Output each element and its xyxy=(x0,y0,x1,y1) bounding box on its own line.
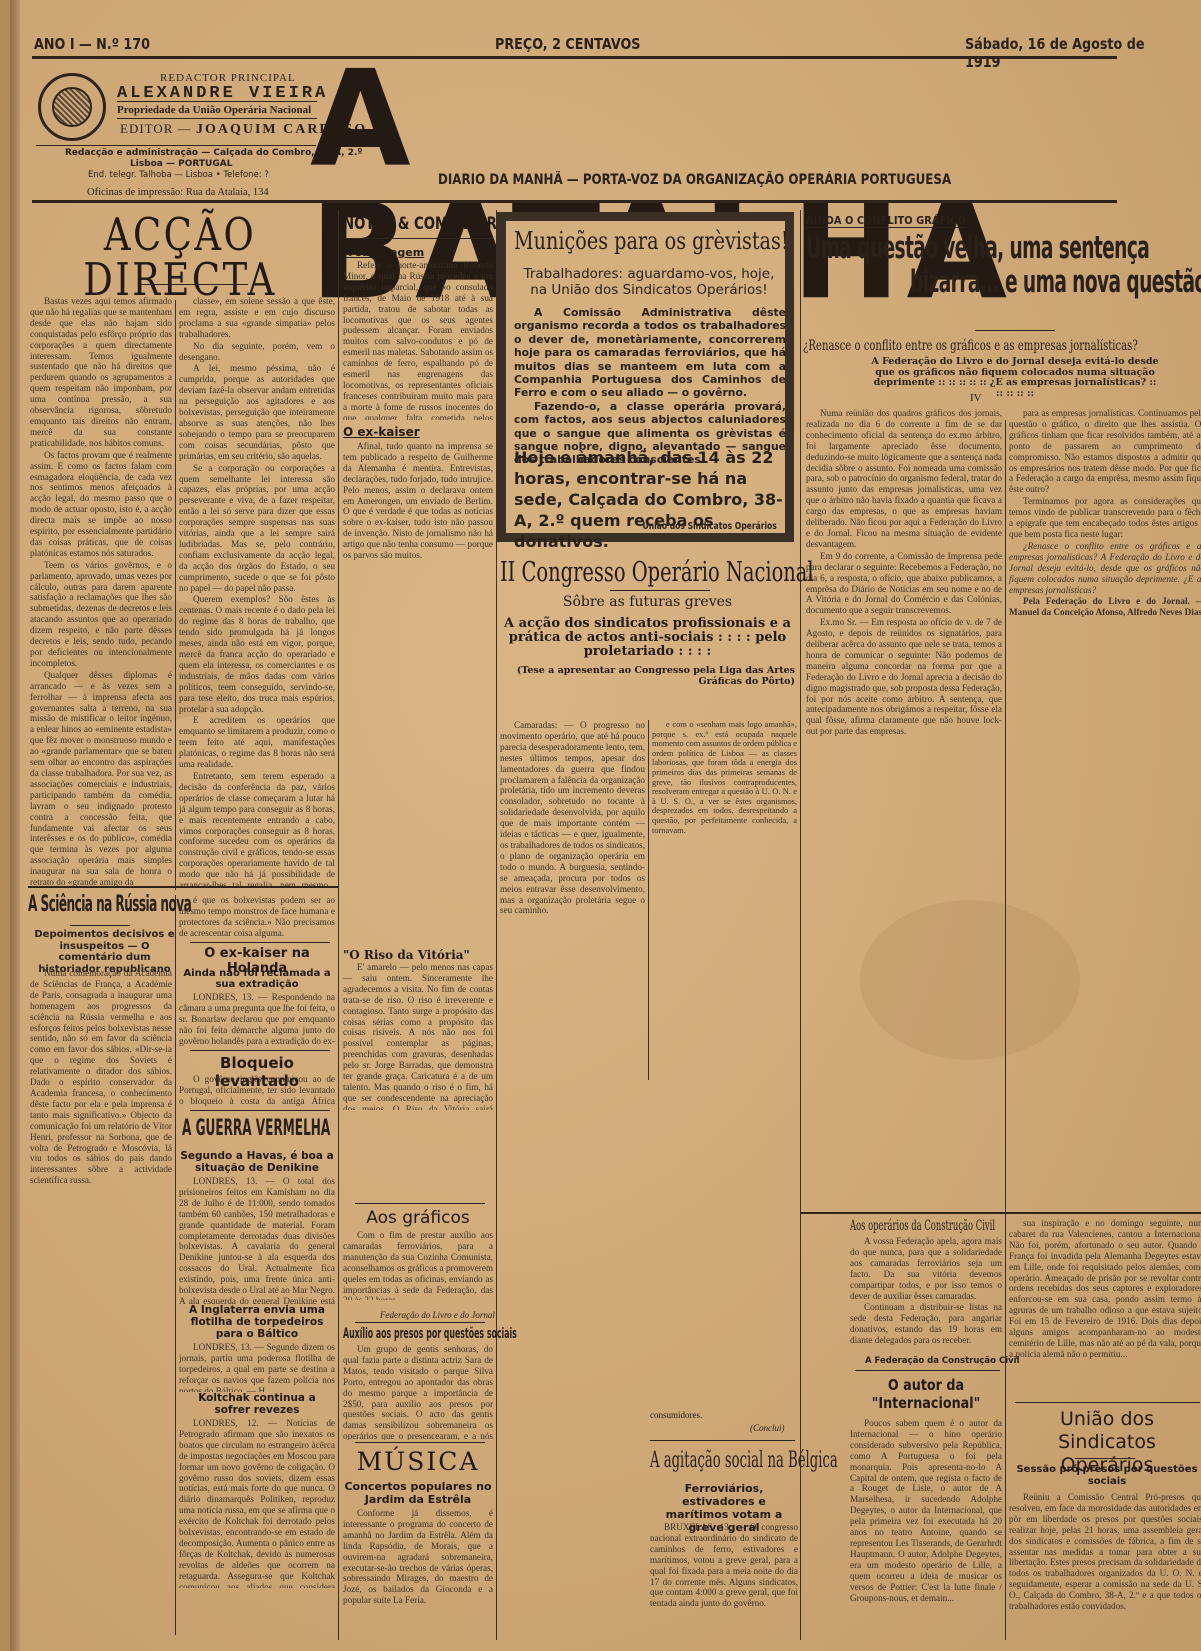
congresso-col1: Camaradas: — O progresso no movimento op… xyxy=(500,720,645,1080)
masthead-bottom-rule xyxy=(32,200,1117,203)
belgica-headline: A agitação social na Bélgica xyxy=(650,1448,838,1473)
redactor-label: REDACTOR PRINCIPAL xyxy=(160,72,296,84)
paragraph: Reüniu a Comissão Central Pró-presos que… xyxy=(1009,1492,1201,1612)
column-rule xyxy=(175,895,176,1635)
musica-body: Conforme já dissemos, é interessante o p… xyxy=(343,1508,493,1643)
sciencia-ending: é que os bolxevistas podem ser ao mesmo … xyxy=(179,895,335,945)
congresso-col2: e com o «senham mais logo amanhã», porqu… xyxy=(652,720,797,1080)
riso-vitoria-title: "O Riso da Vitória" xyxy=(343,948,470,962)
price: PREÇO, 2 CENTAVOS xyxy=(495,35,640,53)
municoes-headline: Munições para os grèvistas! xyxy=(514,227,730,255)
conflito-col2: para as empresas jornalísticas. Continua… xyxy=(1009,408,1201,1068)
paragraph: Querem exemplos? Sôo êstes às centenas. … xyxy=(179,594,335,714)
denikine-title: Segundo a Havas, é boa a situação de Den… xyxy=(179,1150,335,1174)
denikine-body: LONDRES, 13. — O total dos prisioneiros … xyxy=(179,1176,335,1304)
ornament-divider xyxy=(190,942,330,943)
column-rule xyxy=(338,210,339,1640)
paragraph: O govêrno inglês comunicou ao de Portuga… xyxy=(179,1074,335,1108)
divider xyxy=(36,145,316,146)
sciencia-body: Numa comemoração da Academia de Sciência… xyxy=(30,968,172,1643)
flotilha-body: LONDRES, 13. — Segundo dizem os jornais,… xyxy=(179,1342,335,1392)
sciencia-headline: A Sciência na Rússia nova xyxy=(28,892,191,917)
page-edge xyxy=(10,0,20,1651)
autor-internacional-headline: O autor da "Internacional" xyxy=(861,1376,990,1412)
municoes-signature: União dos Sindicatos Operários xyxy=(643,521,777,532)
paragraph: Qualquer dêsses diplomas é arrancado — e… xyxy=(30,670,172,886)
ownership-line: Propriedade da União Operária Nacional xyxy=(117,104,311,116)
municoes-body: A Comissão Administrativa dêste organism… xyxy=(514,306,786,467)
ex-kaiser-title: O ex-kaiser xyxy=(343,425,420,439)
riso-vitoria-body: E' amarelo — pelo menos nas capas — saiu… xyxy=(343,962,493,1110)
paragraph: Afinal, tudo quanto na imprensa se tem p… xyxy=(343,441,493,561)
municoes-callout: Hoje e àmanhã, das 14 às 22 horas, encon… xyxy=(514,447,786,552)
municoes-subhead: Trabalhadores: aguardamo-vos, hoje, na U… xyxy=(514,266,784,298)
paragraph: Numa comemoração da Academia de Sciência… xyxy=(30,968,172,1186)
paragraph: para as empresas jornalísticas. Continua… xyxy=(1009,408,1201,495)
paragraph: E acreditem os operários que emquanto se… xyxy=(179,715,335,770)
koltchak-body: LONDRES, 12. — Notícias de Petrogrado af… xyxy=(179,1418,335,1588)
section-rule xyxy=(28,886,338,888)
printing-address: Oficinas de impressão: Rua da Atalaia, 1… xyxy=(87,187,269,198)
flotilha-title: A Inglaterra envia uma flotilha de torpe… xyxy=(179,1304,335,1340)
address-city: Lisboa — PORTUGAL xyxy=(130,159,232,169)
uniao-sindicatos-subhead: Sessão pró-presos por questões sociais xyxy=(1009,1464,1201,1488)
ex-kaiser-holanda-body: LONDRES, 13. — Respondendo na câmara a u… xyxy=(179,992,335,1048)
sabotagem-title: A sabotagem xyxy=(343,246,424,259)
quote-paragraph: ¿Renasce o conflito entre os gráficos e … xyxy=(1009,541,1201,596)
paragraph: LONDRES, 12. — Notícias de Petrogrado af… xyxy=(179,1418,335,1588)
paragraph: Teem os vários govêrnos, e o parlamento,… xyxy=(30,560,172,669)
paragraph: Terminamos por agora as considerações qu… xyxy=(1009,496,1201,540)
newspaper-page: ANO I — N.º 170 PREÇO, 2 CENTAVOS Sábado… xyxy=(0,0,1201,1651)
paragraph: Se a corporação ou corporações a quem se… xyxy=(179,463,335,594)
paragraph: sua inspiração e no domingo seguinte, nu… xyxy=(1009,1218,1201,1360)
section-rule xyxy=(800,1212,1201,1214)
paragraph: e com o «senham mais logo amanhã», porqu… xyxy=(652,720,797,835)
conflito-headline-line2: bizarra... e uma nova questão! xyxy=(910,264,1090,300)
paragraph: Conforme já dissemos, é interessante o p… xyxy=(343,1508,493,1606)
accao-directa-headline: ACÇÃO DIRECTA xyxy=(57,212,303,302)
paragraph: Camaradas: — O progresso no movimento op… xyxy=(500,720,645,916)
paragraph: Entretanto, sem terem esperado a decisão… xyxy=(179,771,335,886)
ex-kaiser-holanda-subhead: Ainda não foi reclamada a sua extradição xyxy=(179,968,335,990)
telegraph-line: End. telegr. Talhoba — Lisboa • Telefone… xyxy=(88,170,269,180)
divider xyxy=(343,238,493,239)
ornament-divider xyxy=(1015,1402,1200,1403)
ornament-divider xyxy=(855,1370,1000,1371)
paragraph: LONDRES, 13. — Respondendo na câmara a u… xyxy=(179,992,335,1048)
paragraph: No dia seguinte, porém, vem o desengano. xyxy=(179,341,335,363)
accao-directa-col1: Bastas vezes aqui temos afirmado que não… xyxy=(30,296,172,886)
paragraph: E' amarelo — pelo menos nas capas — saiu… xyxy=(343,962,493,1110)
notas-section-title: NOTAS & COMENTARIOS xyxy=(343,214,460,234)
conflito-part-number: IV xyxy=(970,392,982,404)
paragraph: LONDRES, 13. — O total dos prisioneiros … xyxy=(179,1176,335,1304)
municoes-boxed-notice: Munições para os grèvistas! Trabalhadore… xyxy=(497,212,794,542)
divider xyxy=(117,101,317,102)
newspaper-subtitle: DIARIO DA MANHÃ — PORTA-VOZ DA ORGANIZAÇ… xyxy=(438,172,951,188)
auxilio-presos-body: Um grupo de gentis senhoras, do qual faz… xyxy=(343,1344,493,1440)
paragraph: A lei, mesmo péssima, não é cumprida, po… xyxy=(179,363,335,461)
belgica-body: BRUXELAS, 13. — O congresso nacional ext… xyxy=(650,1522,798,1642)
congresso-deck: A acção dos sindicatos profissionais e a… xyxy=(500,617,795,659)
divider xyxy=(138,284,248,285)
koltchak-title: Koltchak continua a sofrer revezes xyxy=(179,1392,335,1416)
paragraph: é que os bolxevistas podem ser ao mesmo … xyxy=(179,895,335,939)
autor-internacional-col2: sua inspiração e no domingo seguinte, nu… xyxy=(1009,1218,1201,1398)
paragraph: Os factos provam que é realmente assim. … xyxy=(30,450,172,559)
construcao-civil-headline: Aos operários da Construção Civil xyxy=(850,1218,995,1234)
aos-graficos-signature: Federação do Livro e do Jornal xyxy=(380,1310,495,1320)
divider xyxy=(975,330,1055,331)
ornament-divider xyxy=(190,1110,330,1111)
congresso-headline: II Congresso Operário Nacional xyxy=(500,557,712,588)
aos-graficos-headline: Aos gráficos xyxy=(343,1208,493,1228)
column-rule xyxy=(1005,420,1006,1640)
congresso-subhead: Sôbre as futuras greves xyxy=(500,594,795,610)
issue-number: ANO I — N.º 170 xyxy=(34,35,150,53)
ornament-divider xyxy=(355,1442,485,1443)
paragraph: A Comissão Administrativa dêste organism… xyxy=(514,306,786,400)
column-rule xyxy=(800,210,801,1640)
paragraph: Numa reünião dos quadros gráficos dos jo… xyxy=(806,408,1002,550)
musica-subhead: Concertos populares no Jardim da Estrêla xyxy=(343,1480,493,1506)
divider xyxy=(70,925,130,926)
construcao-civil-signature: A Federação da Construção Civil xyxy=(865,1356,1019,1366)
ornament-divider xyxy=(355,1322,485,1323)
ornament-divider xyxy=(190,1050,330,1051)
paragraph: Bastas vezes aqui temos afirmado que não… xyxy=(30,296,172,449)
guerra-vermelha-headline: A GUERRA VERMELHA xyxy=(182,1116,330,1141)
ornament-divider xyxy=(650,1440,795,1441)
letter-paragraph: Ex.mo Sr. — Em resposta ao ofício de v. … xyxy=(806,617,1002,737)
paragraph: A vossa Federação apela, agora mais do q… xyxy=(850,1236,1002,1301)
uniao-sindicatos-body: Reüniu a Comissão Central Pró-presos que… xyxy=(1009,1492,1201,1642)
paragraph: Com o fim de prestar auxílio aos camarad… xyxy=(343,1230,493,1300)
continued-label: (Conclui) xyxy=(750,1423,785,1433)
ornament-divider xyxy=(355,1203,485,1204)
editor-label: EDITOR — xyxy=(120,121,192,136)
uniao-operaria-seal-icon xyxy=(38,73,106,141)
divider xyxy=(117,118,317,119)
divider xyxy=(1075,1458,1135,1459)
paragraph: Continuam a distribuir-se listas na sede… xyxy=(850,1302,1002,1346)
musica-headline: MÚSICA xyxy=(343,1447,493,1476)
seal-emblem-icon xyxy=(52,87,92,127)
consumers-text: consumidores. xyxy=(650,1410,702,1420)
paragraph: Refere o norte-americano Roberto Minor, … xyxy=(343,260,493,420)
divider xyxy=(610,590,710,591)
bloqueio-body: O govêrno inglês comunicou ao de Portuga… xyxy=(179,1074,335,1108)
column-rule xyxy=(175,300,176,890)
paragraph: Em 9 do corrente, a Comissão de Imprensa… xyxy=(806,551,1002,616)
ex-kaiser-body: Afinal, tudo quanto na imprensa se tem p… xyxy=(343,441,493,946)
paragraph: Um grupo de gentis senhoras, do qual faz… xyxy=(343,1344,493,1440)
aos-graficos-body: Com o fim de prestar auxílio aos camarad… xyxy=(343,1230,493,1300)
sabotagem-body: Refere o norte-americano Roberto Minor, … xyxy=(343,260,493,420)
auxilio-presos-headline: Auxílio aos presos por questões sociais xyxy=(343,1326,517,1342)
conflito-kicker: AINDA O CONFLITO GRÁFICO xyxy=(806,214,966,228)
paragraph: classe», em solene sessão a que êste, em… xyxy=(179,296,335,340)
signature: Pela Federação do Livro e do Jornal. — M… xyxy=(1009,596,1201,618)
congresso-note: (Tese a apresentar ao Congresso pela Lig… xyxy=(500,665,795,687)
construcao-civil-body: A vossa Federação apela, agora mais do q… xyxy=(850,1236,1002,1346)
autor-internacional-body: Poucos sabem quem é o autor da Internaci… xyxy=(850,1418,1002,1643)
conflito-subhead: ¿Renasce o conflito entre os gráficos e … xyxy=(803,338,1138,354)
conflito-col1: Numa reünião dos quadros gráficos dos jo… xyxy=(806,408,1002,1068)
paragraph: BRUXELAS, 13. — O congresso nacional ext… xyxy=(650,1522,798,1609)
accao-directa-col2: classe», em solene sessão a que êste, em… xyxy=(179,296,335,886)
conflito-deck: A Federação do Livro e do Jornal deseja … xyxy=(870,357,1160,399)
paragraph: LONDRES, 13. — Segundo dizem os jornais,… xyxy=(179,1342,335,1392)
column-rule xyxy=(648,720,649,1080)
conflito-headline-line1: Uma questão velha, uma sentença xyxy=(806,230,1046,266)
paragraph: Poucos sabem quem é o autor da Internaci… xyxy=(850,1418,1002,1603)
